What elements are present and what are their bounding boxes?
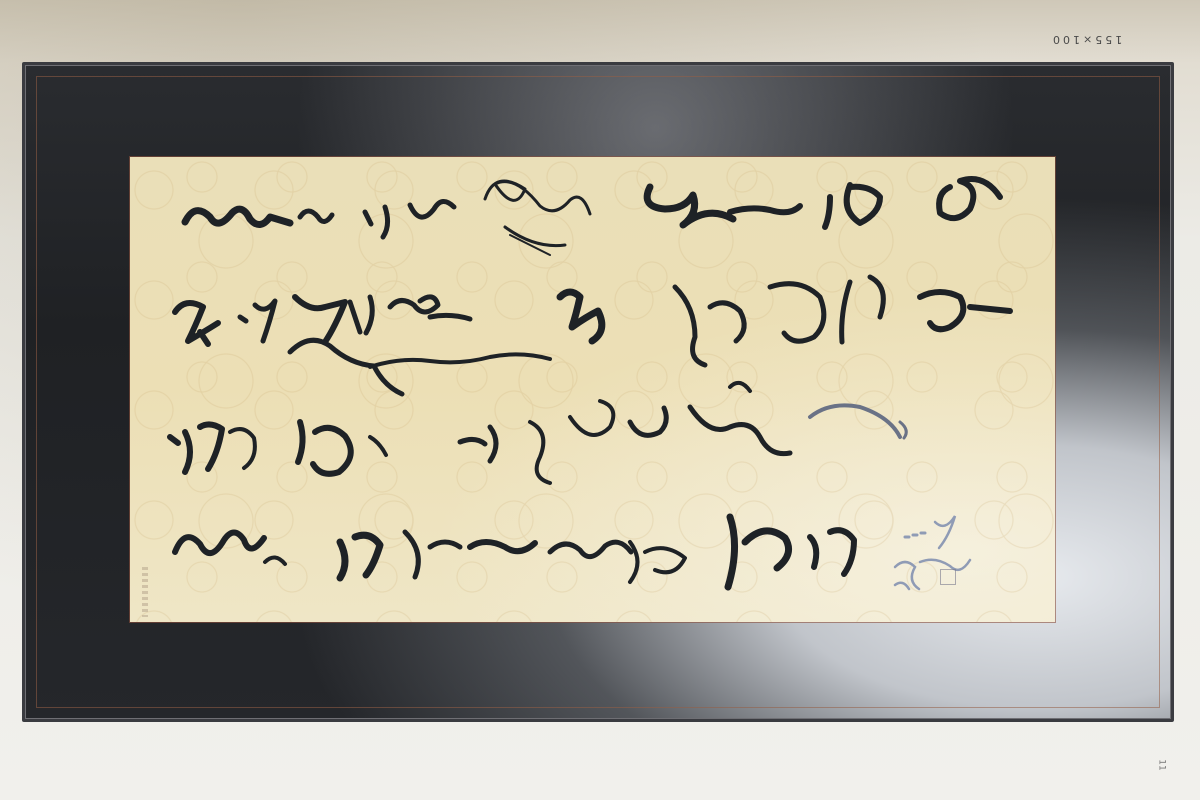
artist-seal-stamp <box>940 569 956 585</box>
calligraphy-paper <box>130 157 1055 622</box>
dimension-label: 155×100 <box>1050 33 1122 46</box>
artist-signature <box>875 497 975 607</box>
page-number: 11 <box>1157 759 1167 770</box>
